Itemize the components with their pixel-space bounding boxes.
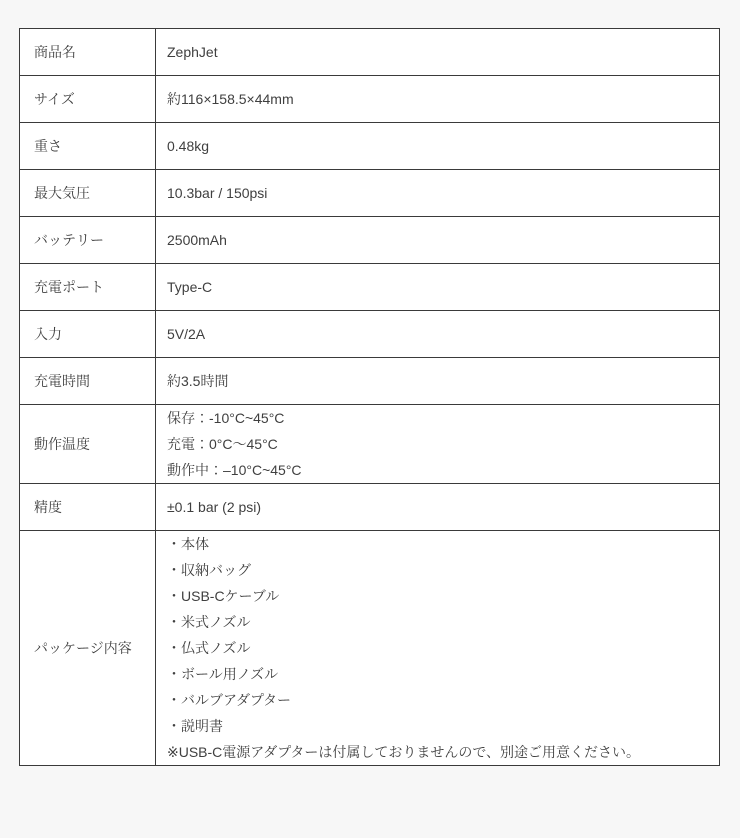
- page: 商品名 ZephJet サイズ 約116×158.5×44mm 重さ 0.48k…: [0, 0, 740, 838]
- spec-value: 約3.5時間: [156, 358, 720, 405]
- table-row-weight: 重さ 0.48kg: [20, 123, 720, 170]
- package-item-schrader-nozzle: ・米式ノズル: [167, 609, 709, 635]
- table-row-size: サイズ 約116×158.5×44mm: [20, 76, 720, 123]
- spec-value: 約116×158.5×44mm: [156, 76, 720, 123]
- spec-value: ・本体 ・収納バッグ ・USB-Cケーブル ・米式ノズル ・仏式ノズル ・ボール…: [156, 531, 720, 766]
- spec-label: 入力: [20, 311, 156, 358]
- package-item-ball-nozzle: ・ボール用ノズル: [167, 661, 709, 687]
- spec-value: 0.48kg: [156, 123, 720, 170]
- package-item-storage-bag: ・収納バッグ: [167, 557, 709, 583]
- spec-label: 最大気圧: [20, 170, 156, 217]
- package-item-body: ・本体: [167, 531, 709, 557]
- package-item-manual: ・説明書: [167, 713, 709, 739]
- table-row-product-name: 商品名 ZephJet: [20, 29, 720, 76]
- temperature-line-charging: 充電：0°C～45°C: [167, 431, 709, 457]
- spec-value: Type-C: [156, 264, 720, 311]
- spec-label: 重さ: [20, 123, 156, 170]
- spec-value: 5V/2A: [156, 311, 720, 358]
- spec-label: 商品名: [20, 29, 156, 76]
- spec-label: 充電時間: [20, 358, 156, 405]
- table-row-operating-temperature: 動作温度 保存：-10°C~45°C 充電：0°C～45°C 動作中：–10°C…: [20, 405, 720, 484]
- spec-label: 動作温度: [20, 405, 156, 484]
- package-note-adapter-not-included: ※USB-C電源アダプターは付属しておりませんので、別途ご用意ください。: [167, 739, 709, 765]
- table-row-input: 入力 5V/2A: [20, 311, 720, 358]
- spec-value: 保存：-10°C~45°C 充電：0°C～45°C 動作中：–10°C~45°C: [156, 405, 720, 484]
- package-item-valve-adapter: ・バルブアダプター: [167, 687, 709, 713]
- table-row-battery: バッテリー 2500mAh: [20, 217, 720, 264]
- spec-value: ZephJet: [156, 29, 720, 76]
- table-row-package-contents: パッケージ内容 ・本体 ・収納バッグ ・USB-Cケーブル ・米式ノズル ・仏式…: [20, 531, 720, 766]
- spec-label: 充電ポート: [20, 264, 156, 311]
- table-row-accuracy: 精度 ±0.1 bar (2 psi): [20, 484, 720, 531]
- spec-label: パッケージ内容: [20, 531, 156, 766]
- spec-value: ±0.1 bar (2 psi): [156, 484, 720, 531]
- spec-label: 精度: [20, 484, 156, 531]
- table-row-charge-port: 充電ポート Type-C: [20, 264, 720, 311]
- table-row-max-pressure: 最大気圧 10.3bar / 150psi: [20, 170, 720, 217]
- spec-value: 10.3bar / 150psi: [156, 170, 720, 217]
- temperature-line-operating: 動作中：–10°C~45°C: [167, 457, 709, 483]
- package-item-usbc-cable: ・USB-Cケーブル: [167, 583, 709, 609]
- temperature-line-storage: 保存：-10°C~45°C: [167, 405, 709, 431]
- package-item-presta-nozzle: ・仏式ノズル: [167, 635, 709, 661]
- spec-value: 2500mAh: [156, 217, 720, 264]
- spec-label: バッテリー: [20, 217, 156, 264]
- table-row-charge-time: 充電時間 約3.5時間: [20, 358, 720, 405]
- product-spec-table: 商品名 ZephJet サイズ 約116×158.5×44mm 重さ 0.48k…: [19, 28, 720, 766]
- spec-label: サイズ: [20, 76, 156, 123]
